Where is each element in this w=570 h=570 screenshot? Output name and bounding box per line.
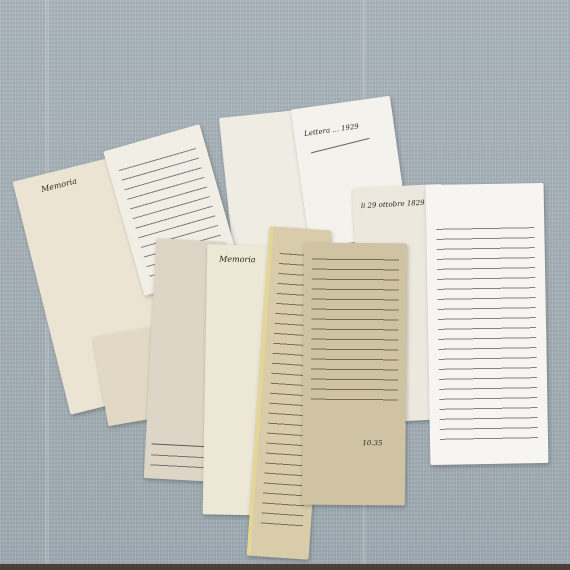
memoria-heading: Memoria [40,176,78,194]
letter-date: li 29 ottobre 1829 [361,199,425,211]
handwriting-lines [311,253,399,404]
handwriting-lines [436,221,538,443]
note-text: Lettera ... 1929 [304,122,360,139]
ink-line [311,138,369,153]
memoria-heading: Memoria [219,255,256,265]
table-edge [0,564,570,570]
right-letter-right-page [426,183,549,465]
ledger-total: 10.35 [362,439,382,448]
ink-line [152,443,207,447]
ledger-booklet-right-page: 10.35 [302,243,407,506]
handwriting-lines [150,448,209,475]
